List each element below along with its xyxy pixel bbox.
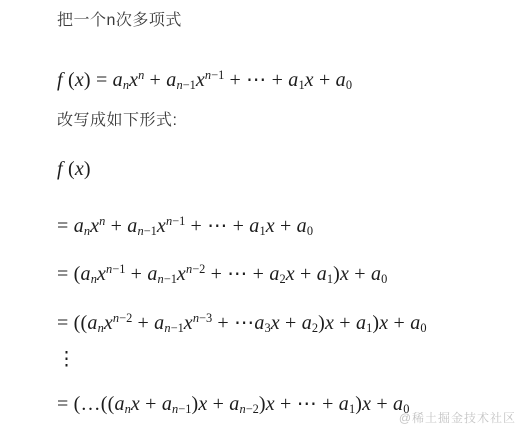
article-content: 把一个n次多项式 f (x) = anxn + an−1xn−1 + ⋯ + a… (0, 0, 522, 435)
derivation-line-1: f (x) (57, 155, 522, 183)
derivation-block: f (x)= anxn + an−1xn−1 + ⋯ + a1x + a0= (… (57, 155, 522, 419)
derivation-line-2: = anxn + an−1xn−1 + ⋯ + a1x + a0 (57, 205, 522, 237)
derivation-line-5: ⋮ (57, 345, 522, 375)
derivation-line-4: = ((anxn−2 + an−1xn−3 + ⋯a3x + a2)x + a1… (57, 302, 522, 334)
rewrite-text: 改写成如下形式: (57, 111, 522, 131)
polynomial-formula: f (x) = anxn + an−1xn−1 + ⋯ + a1x + a0 (57, 59, 522, 91)
derivation-line-6: = (…((anx + an−1)x + an−2)x + ⋯ + a1)x +… (57, 389, 522, 419)
derivation-line-3: = (anxn−1 + an−1xn−2 + ⋯ + a2x + a1)x + … (57, 253, 522, 285)
intro-text: 把一个n次多项式 (57, 11, 522, 31)
